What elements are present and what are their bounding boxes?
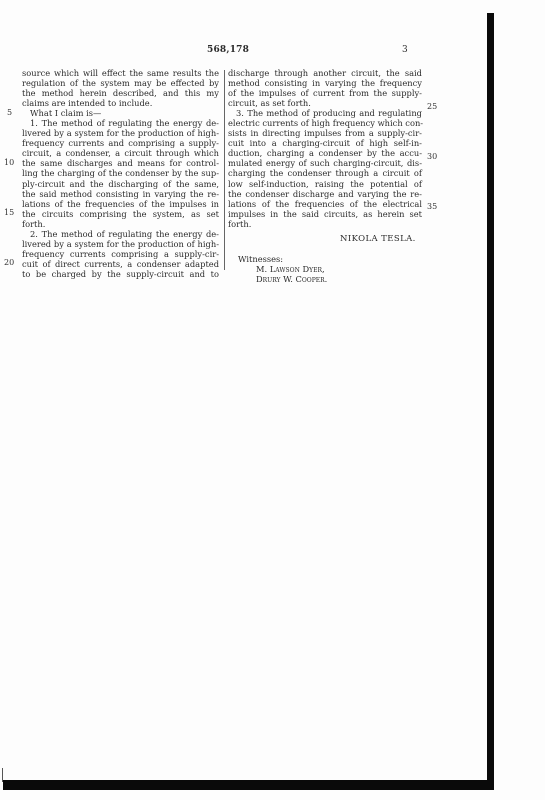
text-line: forth. xyxy=(228,219,422,229)
text-line: regulation of the system may be effected… xyxy=(22,78,219,88)
text-line: lations of the frequencies of the electr… xyxy=(228,199,422,209)
inventor-signature: NIKOLA TESLA. xyxy=(340,234,416,244)
text-line: the condenser discharge and varying the … xyxy=(228,189,422,199)
text-line: the method herein described, and this my xyxy=(22,88,219,98)
line-number: 20 xyxy=(4,258,14,267)
text-line: 3. The method of producing and regulatin… xyxy=(228,108,422,118)
line-number: 25 xyxy=(427,102,437,111)
scan-border-bottom xyxy=(3,780,494,790)
line-number: 35 xyxy=(427,202,437,211)
text-line: the circuits comprising the system, as s… xyxy=(22,209,219,219)
line-number: 30 xyxy=(427,152,437,161)
page-number: 3 xyxy=(402,45,408,55)
scan-border-right xyxy=(487,13,494,790)
text-line: charging the condenser through a circuit… xyxy=(228,168,422,178)
text-line: frequency currents comprising a supply-c… xyxy=(22,249,219,259)
claims-intro: What I claim is— xyxy=(22,108,219,118)
text-line: cuit of direct currents, a condenser ada… xyxy=(22,259,219,269)
text-line: forth. xyxy=(22,219,219,229)
text-line: sists in directing impulses from a suppl… xyxy=(228,128,422,138)
text-line: ply-circuit and the discharging of the s… xyxy=(22,179,219,189)
right-column: discharge through another circuit, the s… xyxy=(228,68,422,229)
line-number: 10 xyxy=(4,158,14,167)
text-line: low self-induction, raising the potentia… xyxy=(228,179,422,189)
line-number: 15 xyxy=(4,208,14,217)
witnesses-label: Witnesses: xyxy=(238,254,283,264)
text-line: mulated energy of such charging-circuit,… xyxy=(228,158,422,168)
text-line: circuit, as set forth. xyxy=(228,98,422,108)
text-line: source which will effect the same result… xyxy=(22,68,219,78)
text-line: 2. The method of regulating the energy d… xyxy=(22,229,219,239)
text-line: ling the charging of the condenser by th… xyxy=(22,168,219,178)
left-column: source which will effect the same result… xyxy=(22,68,219,279)
text-line: circuit, a condenser, a circuit through … xyxy=(22,148,219,158)
text-line: impulses in the said circuits, as herein… xyxy=(228,209,422,219)
text-line: frequency currents and comprising a supp… xyxy=(22,138,219,148)
text-line: 1. The method of regulating the energy d… xyxy=(22,118,219,128)
text-line: electric currents of high frequency whic… xyxy=(228,118,422,128)
text-line: duction, charging a condenser by the acc… xyxy=(228,148,422,158)
patent-page: 568,178 3 source which will effect the s… xyxy=(0,0,545,800)
text-line: cuit into a charging-circuit of high sel… xyxy=(228,138,422,148)
line-number: 5 xyxy=(7,108,12,117)
patent-number: 568,178 xyxy=(207,45,249,55)
text-line: method consisting in varying the frequen… xyxy=(228,78,422,88)
witness-name: Drury W. Cooper. xyxy=(256,274,327,284)
witness-name: M. Lawson Dyer, xyxy=(256,264,325,274)
text-line: livered by a system for the production o… xyxy=(22,128,219,138)
text-line: to be charged by the supply-circuit and … xyxy=(22,269,219,279)
text-line: discharge through another circuit, the s… xyxy=(228,68,422,78)
text-line: lations of the frequencies of the impuls… xyxy=(22,199,219,209)
text-line: the same discharges and means for contro… xyxy=(22,158,219,168)
text-line: the said method consisting in varying th… xyxy=(22,189,219,199)
text-line: claims are intended to include. xyxy=(22,98,219,108)
text-line: livered by a system for the production o… xyxy=(22,239,219,249)
scan-border-left xyxy=(2,768,3,782)
text-line: of the impulses of current from the supp… xyxy=(228,88,422,98)
column-divider xyxy=(224,70,225,270)
